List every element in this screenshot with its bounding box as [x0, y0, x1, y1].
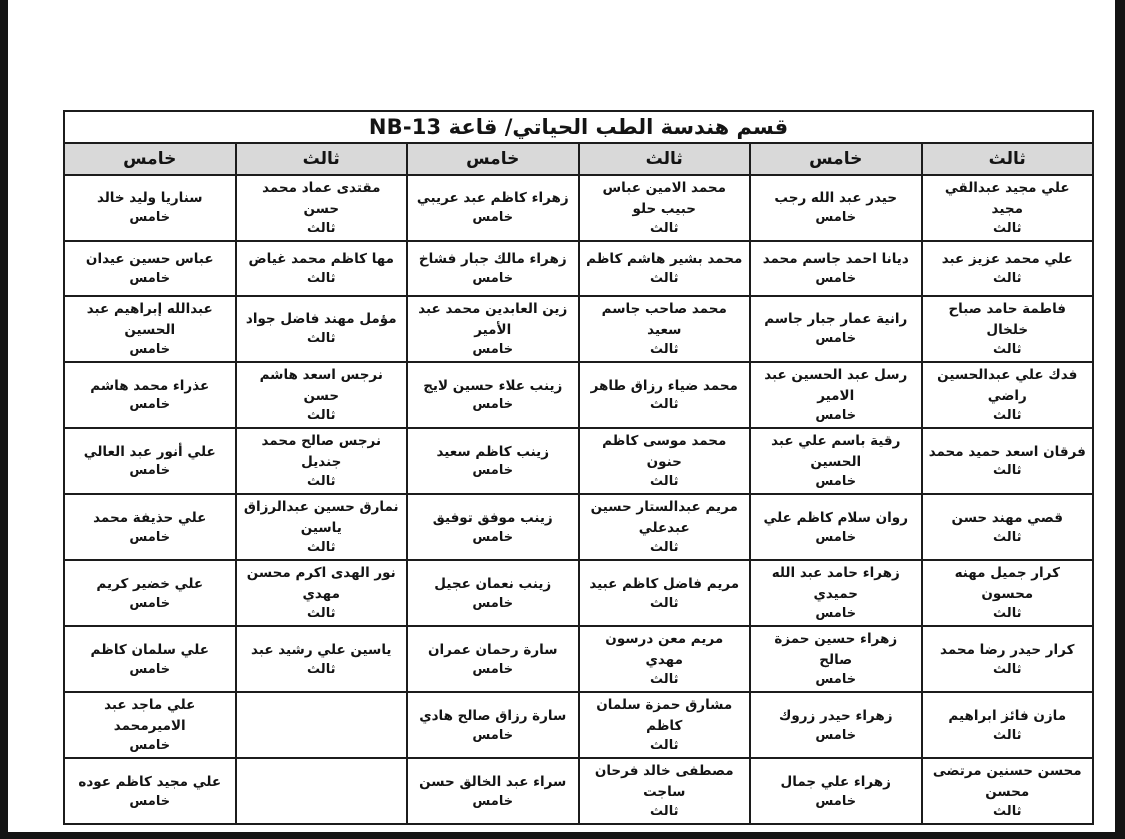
- student-level: خامس: [71, 529, 229, 547]
- student-name: زهراء حسين حمزة صالح: [757, 629, 915, 671]
- student-level: خامس: [71, 341, 229, 359]
- student-name: ياسين علي رشيد عبد: [243, 640, 401, 661]
- student-name: محمد الامين عباس حبيب حلو: [586, 178, 744, 220]
- student-cell: محمد ضياء رزاق طاهرثالث: [579, 362, 751, 428]
- scan-edge-right: [1115, 0, 1125, 839]
- student-level: خامس: [414, 793, 572, 811]
- student-name: عبدالله إبراهيم عبد الحسين: [71, 299, 229, 341]
- student-cell: رانية عمار جبار جاسمخامس: [750, 296, 922, 362]
- student-level: خامس: [71, 462, 229, 480]
- student-cell: عباس حسين عيدانخامس: [64, 241, 236, 296]
- table-row: قصي مهند حسنثالثروان سلام كاظم عليخامسمر…: [64, 494, 1093, 560]
- student-cell: سارة رحمان عمرانخامس: [407, 626, 579, 692]
- student-cell: ياسين علي رشيد عبدثالث: [236, 626, 408, 692]
- student-cell: زهراء حامد عبد الله حميديخامس: [750, 560, 922, 626]
- student-name: علي مجيد عبدالقي مجيد: [929, 178, 1087, 220]
- empty-cell: [236, 758, 408, 824]
- student-cell: زينب كاظم سعيدخامس: [407, 428, 579, 494]
- student-level: ثالث: [243, 473, 401, 491]
- student-level: خامس: [414, 529, 572, 547]
- student-name: مريم عبدالستار حسين عبدعلي: [586, 497, 744, 539]
- student-cell: علي أنور عبد العاليخامس: [64, 428, 236, 494]
- student-level: خامس: [71, 209, 229, 227]
- student-name: علي محمد عزيز عبد: [929, 249, 1087, 270]
- student-level: ثالث: [586, 803, 744, 821]
- student-name: سارة رزاق صالح هادي: [414, 706, 572, 727]
- student-level: ثالث: [929, 270, 1087, 288]
- student-name: زين العابدين محمد عبد الأمير: [414, 299, 572, 341]
- table-row: علي محمد عزيز عبدثالثديانا احمد جاسم محم…: [64, 241, 1093, 296]
- student-level: خامس: [414, 462, 572, 480]
- student-name: فدك علي عبدالحسين راضي: [929, 365, 1087, 407]
- student-name: مريم معن درسون مهدي: [586, 629, 744, 671]
- student-name: عباس حسين عيدان: [71, 249, 229, 270]
- student-name: سناريا وليد خالد: [71, 188, 229, 209]
- student-level: ثالث: [586, 220, 744, 238]
- student-name: علي خضير كريم: [71, 574, 229, 595]
- student-level: ثالث: [929, 661, 1087, 679]
- student-level: خامس: [71, 595, 229, 613]
- student-name: سارة رحمان عمران: [414, 640, 572, 661]
- column-header-1: خامس: [750, 143, 922, 175]
- student-name: فرقان اسعد حميد محمد: [929, 442, 1087, 463]
- student-cell: زينب علاء حسين لايجخامس: [407, 362, 579, 428]
- student-level: ثالث: [586, 595, 744, 613]
- student-cell: ديانا احمد جاسم محمدخامس: [750, 241, 922, 296]
- student-level: ثالث: [243, 407, 401, 425]
- column-header-4: ثالث: [236, 143, 408, 175]
- student-name: مشارق حمزة سلمان كاظم: [586, 695, 744, 737]
- student-level: خامس: [414, 595, 572, 613]
- schedule-table-container: قسم هندسة الطب الحياتي/ قاعة NB-13 ثالثخ…: [63, 110, 1094, 825]
- student-level: خامس: [757, 270, 915, 288]
- student-cell: سناريا وليد خالدخامس: [64, 175, 236, 241]
- student-name: زينب كاظم سعيد: [414, 442, 572, 463]
- student-name: زينب نعمان عجيل: [414, 574, 572, 595]
- student-level: ثالث: [243, 661, 401, 679]
- column-header-3: خامس: [407, 143, 579, 175]
- student-cell: كرار حيدر رضا محمدثالث: [922, 626, 1094, 692]
- student-name: زينب علاء حسين لايج: [414, 376, 572, 397]
- scanned-document-page: قسم هندسة الطب الحياتي/ قاعة NB-13 ثالثخ…: [0, 0, 1125, 839]
- student-name: زهراء حيدر زروك: [757, 706, 915, 727]
- student-cell: عذراء محمد هاشمخامس: [64, 362, 236, 428]
- student-level: ثالث: [929, 407, 1087, 425]
- table-row: علي مجيد عبدالقي مجيدثالثحيدر عبد الله ر…: [64, 175, 1093, 241]
- student-name: زهراء مالك جبار فشاخ: [414, 249, 572, 270]
- scan-edge-left: [0, 0, 8, 839]
- table-row: كرار حيدر رضا محمدثالثزهراء حسين حمزة صا…: [64, 626, 1093, 692]
- empty-cell: [236, 692, 408, 758]
- student-name: نرجس اسعد هاشم حسن: [243, 365, 401, 407]
- student-level: ثالث: [929, 462, 1087, 480]
- table-row: كرار جميل مهنه محسونثالثزهراء حامد عبد ا…: [64, 560, 1093, 626]
- student-cell: محسن حسنين مرتضى محسنثالث: [922, 758, 1094, 824]
- student-cell: رسل عبد الحسين عبد الاميرخامس: [750, 362, 922, 428]
- student-level: ثالث: [243, 270, 401, 288]
- student-level: ثالث: [929, 220, 1087, 238]
- student-cell: علي خضير كريمخامس: [64, 560, 236, 626]
- student-cell: فاطمة حامد صباح خلخالثالث: [922, 296, 1094, 362]
- student-cell: مريم عبدالستار حسين عبدعليثالث: [579, 494, 751, 560]
- student-level: خامس: [414, 396, 572, 414]
- student-name: كرار جميل مهنه محسون: [929, 563, 1087, 605]
- student-cell: محمد صاحب جاسم سعيدثالث: [579, 296, 751, 362]
- student-level: خامس: [414, 727, 572, 745]
- table-row: محسن حسنين مرتضى محسنثالثزهراء علي جمالخ…: [64, 758, 1093, 824]
- student-name: ديانا احمد جاسم محمد: [757, 249, 915, 270]
- column-header-0: ثالث: [922, 143, 1094, 175]
- student-level: ثالث: [929, 341, 1087, 359]
- student-cell: مشارق حمزة سلمان كاظمثالث: [579, 692, 751, 758]
- student-name: رسل عبد الحسين عبد الامير: [757, 365, 915, 407]
- student-level: ثالث: [586, 473, 744, 491]
- student-name: محسن حسنين مرتضى محسن: [929, 761, 1087, 803]
- student-cell: علي مجيد عبدالقي مجيدثالث: [922, 175, 1094, 241]
- student-cell: زينب نعمان عجيلخامس: [407, 560, 579, 626]
- student-name: مريم فاضل كاظم عبيد: [586, 574, 744, 595]
- title-row: قسم هندسة الطب الحياتي/ قاعة NB-13: [64, 111, 1093, 143]
- student-cell: زهراء حيدر زروكخامس: [750, 692, 922, 758]
- student-cell: زهراء مالك جبار فشاخخامس: [407, 241, 579, 296]
- page-title: قسم هندسة الطب الحياتي/ قاعة NB-13: [64, 111, 1093, 143]
- student-name: علي مجيد كاظم عوده: [71, 772, 229, 793]
- student-cell: محمد موسى كاظم حنونثالث: [579, 428, 751, 494]
- student-cell: مازن فائز ابراهيمثالث: [922, 692, 1094, 758]
- student-level: ثالث: [929, 529, 1087, 547]
- student-level: ثالث: [586, 671, 744, 689]
- student-cell: مقتدى عماد محمد حسنثالث: [236, 175, 408, 241]
- student-level: خامس: [71, 737, 229, 755]
- student-cell: سراء عبد الخالق حسنخامس: [407, 758, 579, 824]
- student-name: سراء عبد الخالق حسن: [414, 772, 572, 793]
- student-cell: حيدر عبد الله رجبخامس: [750, 175, 922, 241]
- exam-hall-roster-table: قسم هندسة الطب الحياتي/ قاعة NB-13 ثالثخ…: [63, 110, 1094, 825]
- student-name: مقتدى عماد محمد حسن: [243, 178, 401, 220]
- student-level: خامس: [757, 209, 915, 227]
- student-cell: نور الهدى اكرم محسن مهديثالث: [236, 560, 408, 626]
- student-name: روان سلام كاظم علي: [757, 508, 915, 529]
- student-level: خامس: [71, 270, 229, 288]
- student-level: ثالث: [243, 330, 401, 348]
- student-level: ثالث: [586, 341, 744, 359]
- student-level: خامس: [71, 793, 229, 811]
- student-cell: مصطفى خالد فرحان ساجتثالث: [579, 758, 751, 824]
- student-level: ثالث: [929, 727, 1087, 745]
- table-row: فدك علي عبدالحسين راضيثالثرسل عبد الحسين…: [64, 362, 1093, 428]
- student-cell: مريم فاضل كاظم عبيدثالث: [579, 560, 751, 626]
- student-name: علي ماجد عبد الاميرمحمد: [71, 695, 229, 737]
- student-name: علي سلمان كاظم: [71, 640, 229, 661]
- student-level: خامس: [414, 209, 572, 227]
- student-cell: مؤمل مهند فاضل جوادثالث: [236, 296, 408, 362]
- table-row: مازن فائز ابراهيمثالثزهراء حيدر زروكخامس…: [64, 692, 1093, 758]
- column-header-row: ثالثخامسثالثخامسثالثخامس: [64, 143, 1093, 175]
- student-name: مازن فائز ابراهيم: [929, 706, 1087, 727]
- student-level: ثالث: [586, 396, 744, 414]
- student-name: زهراء حامد عبد الله حميدي: [757, 563, 915, 605]
- student-level: خامس: [71, 396, 229, 414]
- student-cell: علي مجيد كاظم عودهخامس: [64, 758, 236, 824]
- student-cell: محمد الامين عباس حبيب حلوثالث: [579, 175, 751, 241]
- student-cell: زهراء حسين حمزة صالحخامس: [750, 626, 922, 692]
- student-level: خامس: [757, 407, 915, 425]
- student-name: علي حذيفة محمد: [71, 508, 229, 529]
- student-level: خامس: [757, 330, 915, 348]
- student-cell: نمارق حسين عبدالرزاق ياسينثالث: [236, 494, 408, 560]
- student-level: خامس: [414, 661, 572, 679]
- student-cell: نرجس صالح محمد جنديلثالث: [236, 428, 408, 494]
- student-name: رقية باسم علي عبد الحسين: [757, 431, 915, 473]
- student-cell: زهراء كاظم عبد عريبيخامس: [407, 175, 579, 241]
- student-cell: علي حذيفة محمدخامس: [64, 494, 236, 560]
- scan-edge-bottom: [0, 832, 1125, 839]
- student-name: نمارق حسين عبدالرزاق ياسين: [243, 497, 401, 539]
- student-cell: عبدالله إبراهيم عبد الحسينخامس: [64, 296, 236, 362]
- student-cell: علي محمد عزيز عبدثالث: [922, 241, 1094, 296]
- student-level: خامس: [757, 727, 915, 745]
- student-level: ثالث: [243, 220, 401, 238]
- student-level: ثالث: [586, 270, 744, 288]
- student-level: خامس: [414, 341, 572, 359]
- student-name: رانية عمار جبار جاسم: [757, 309, 915, 330]
- table-row: فاطمة حامد صباح خلخالثالثرانية عمار جبار…: [64, 296, 1093, 362]
- student-cell: مريم معن درسون مهديثالث: [579, 626, 751, 692]
- student-name: كرار حيدر رضا محمد: [929, 640, 1087, 661]
- student-name: حيدر عبد الله رجب: [757, 188, 915, 209]
- student-name: محمد بشير هاشم كاظم: [586, 249, 744, 270]
- student-name: محمد ضياء رزاق طاهر: [586, 376, 744, 397]
- column-header-2: ثالث: [579, 143, 751, 175]
- student-name: علي أنور عبد العالي: [71, 442, 229, 463]
- student-cell: زين العابدين محمد عبد الأميرخامس: [407, 296, 579, 362]
- student-name: عذراء محمد هاشم: [71, 376, 229, 397]
- student-name: نور الهدى اكرم محسن مهدي: [243, 563, 401, 605]
- student-level: خامس: [757, 473, 915, 491]
- student-cell: فدك علي عبدالحسين راضيثالث: [922, 362, 1094, 428]
- student-level: ثالث: [243, 605, 401, 623]
- student-cell: زهراء علي جمالخامس: [750, 758, 922, 824]
- student-level: خامس: [757, 671, 915, 689]
- student-level: ثالث: [586, 737, 744, 755]
- table-row: فرقان اسعد حميد محمدثالثرقية باسم علي عب…: [64, 428, 1093, 494]
- column-header-5: خامس: [64, 143, 236, 175]
- student-cell: نرجس اسعد هاشم حسنثالث: [236, 362, 408, 428]
- student-name: محمد موسى كاظم حنون: [586, 431, 744, 473]
- student-cell: محمد بشير هاشم كاظمثالث: [579, 241, 751, 296]
- student-cell: كرار جميل مهنه محسونثالث: [922, 560, 1094, 626]
- student-name: زهراء علي جمال: [757, 772, 915, 793]
- student-level: ثالث: [586, 539, 744, 557]
- student-level: خامس: [757, 605, 915, 623]
- student-cell: روان سلام كاظم عليخامس: [750, 494, 922, 560]
- student-level: ثالث: [243, 539, 401, 557]
- student-cell: علي سلمان كاظمخامس: [64, 626, 236, 692]
- student-cell: قصي مهند حسنثالث: [922, 494, 1094, 560]
- student-name: زينب موفق توفيق: [414, 508, 572, 529]
- student-cell: زينب موفق توفيقخامس: [407, 494, 579, 560]
- student-level: خامس: [414, 270, 572, 288]
- student-cell: علي ماجد عبد الاميرمحمدخامس: [64, 692, 236, 758]
- student-cell: رقية باسم علي عبد الحسينخامس: [750, 428, 922, 494]
- student-name: زهراء كاظم عبد عريبي: [414, 188, 572, 209]
- student-name: فاطمة حامد صباح خلخال: [929, 299, 1087, 341]
- student-cell: سارة رزاق صالح هاديخامس: [407, 692, 579, 758]
- student-name: محمد صاحب جاسم سعيد: [586, 299, 744, 341]
- student-level: خامس: [757, 793, 915, 811]
- student-level: خامس: [71, 661, 229, 679]
- student-level: ثالث: [929, 803, 1087, 821]
- student-name: مؤمل مهند فاضل جواد: [243, 309, 401, 330]
- student-name: مصطفى خالد فرحان ساجت: [586, 761, 744, 803]
- student-name: نرجس صالح محمد جنديل: [243, 431, 401, 473]
- student-name: قصي مهند حسن: [929, 508, 1087, 529]
- student-level: ثالث: [929, 605, 1087, 623]
- student-cell: فرقان اسعد حميد محمدثالث: [922, 428, 1094, 494]
- student-name: مها كاظم محمد غياض: [243, 249, 401, 270]
- student-level: خامس: [757, 529, 915, 547]
- student-cell: مها كاظم محمد غياضثالث: [236, 241, 408, 296]
